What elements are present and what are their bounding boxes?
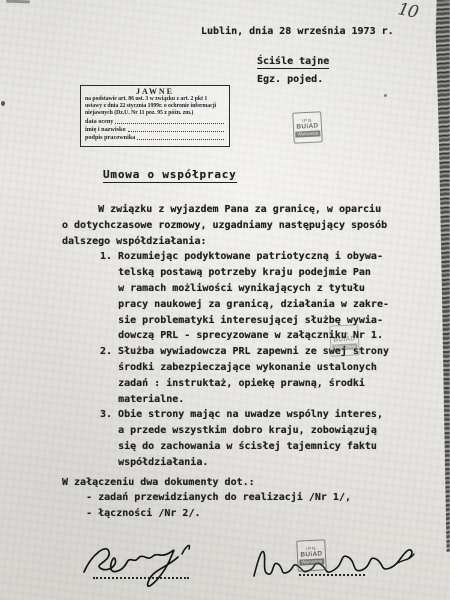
dotted-leader xyxy=(115,122,224,124)
copy-number: Egz. pojed. xyxy=(257,74,323,85)
document-title: Umowa o współpracy xyxy=(103,168,237,183)
scan-edge-shadow xyxy=(433,0,450,552)
declassification-stamp: JAWNE na podstawie art. 86 ust. 3 w zwią… xyxy=(80,85,230,147)
archive-stamp-city: Warszawa xyxy=(295,130,320,137)
dotted-leader xyxy=(137,138,224,140)
dotted-leader xyxy=(128,130,224,132)
list-item-1: 1. Rozumiejąc podyktowane patriotyczną i… xyxy=(62,249,407,344)
handwritten-page-number: 10 xyxy=(396,0,419,23)
archive-stamp-top: IPN BUiAD Warszawa xyxy=(292,111,323,143)
classification-marking: Ściśle tajne xyxy=(257,56,329,69)
archive-stamp-unit: BUiAD xyxy=(296,122,318,130)
scan-speck xyxy=(384,94,387,97)
declass-field-name-label: imię i nazwisko xyxy=(85,126,126,133)
list-item-3: 3. Obie strony mając na uwadze wspólny i… xyxy=(62,407,407,470)
intro-paragraph: W związku z wyjazdem Pana za granicę, w … xyxy=(62,202,407,249)
list-item-2: 2. Służba wywiadowcza PRL zapewni ze swe… xyxy=(62,344,407,407)
archive-stamp-unit: BUiAD xyxy=(300,550,322,558)
date-line: Lublin, dnia 28 września 1973 r. xyxy=(201,26,394,37)
declass-stamp-title: JAWNE xyxy=(85,88,225,96)
scan-speck xyxy=(1,101,5,106)
scanned-document-page: 10 Lublin, dnia 28 września 1973 r. Ściś… xyxy=(0,0,450,600)
signature-right xyxy=(248,540,418,590)
declass-field-signature-label: podpis pracownika xyxy=(85,134,135,141)
declass-stamp-legal-basis: na podstawie art. 86 ust. 3 w związku z … xyxy=(85,96,225,117)
signature-left xyxy=(72,536,207,598)
archive-stamp-city: Warszawa xyxy=(299,558,324,565)
declass-field-date-label: data oceny xyxy=(85,118,113,125)
archive-stamp-bottom: IPN BUiAD Warszawa xyxy=(296,539,327,571)
scan-speck xyxy=(6,0,30,3)
attachments-note: W załączeniu dwa dokumenty dot.: - zadań… xyxy=(62,475,407,522)
